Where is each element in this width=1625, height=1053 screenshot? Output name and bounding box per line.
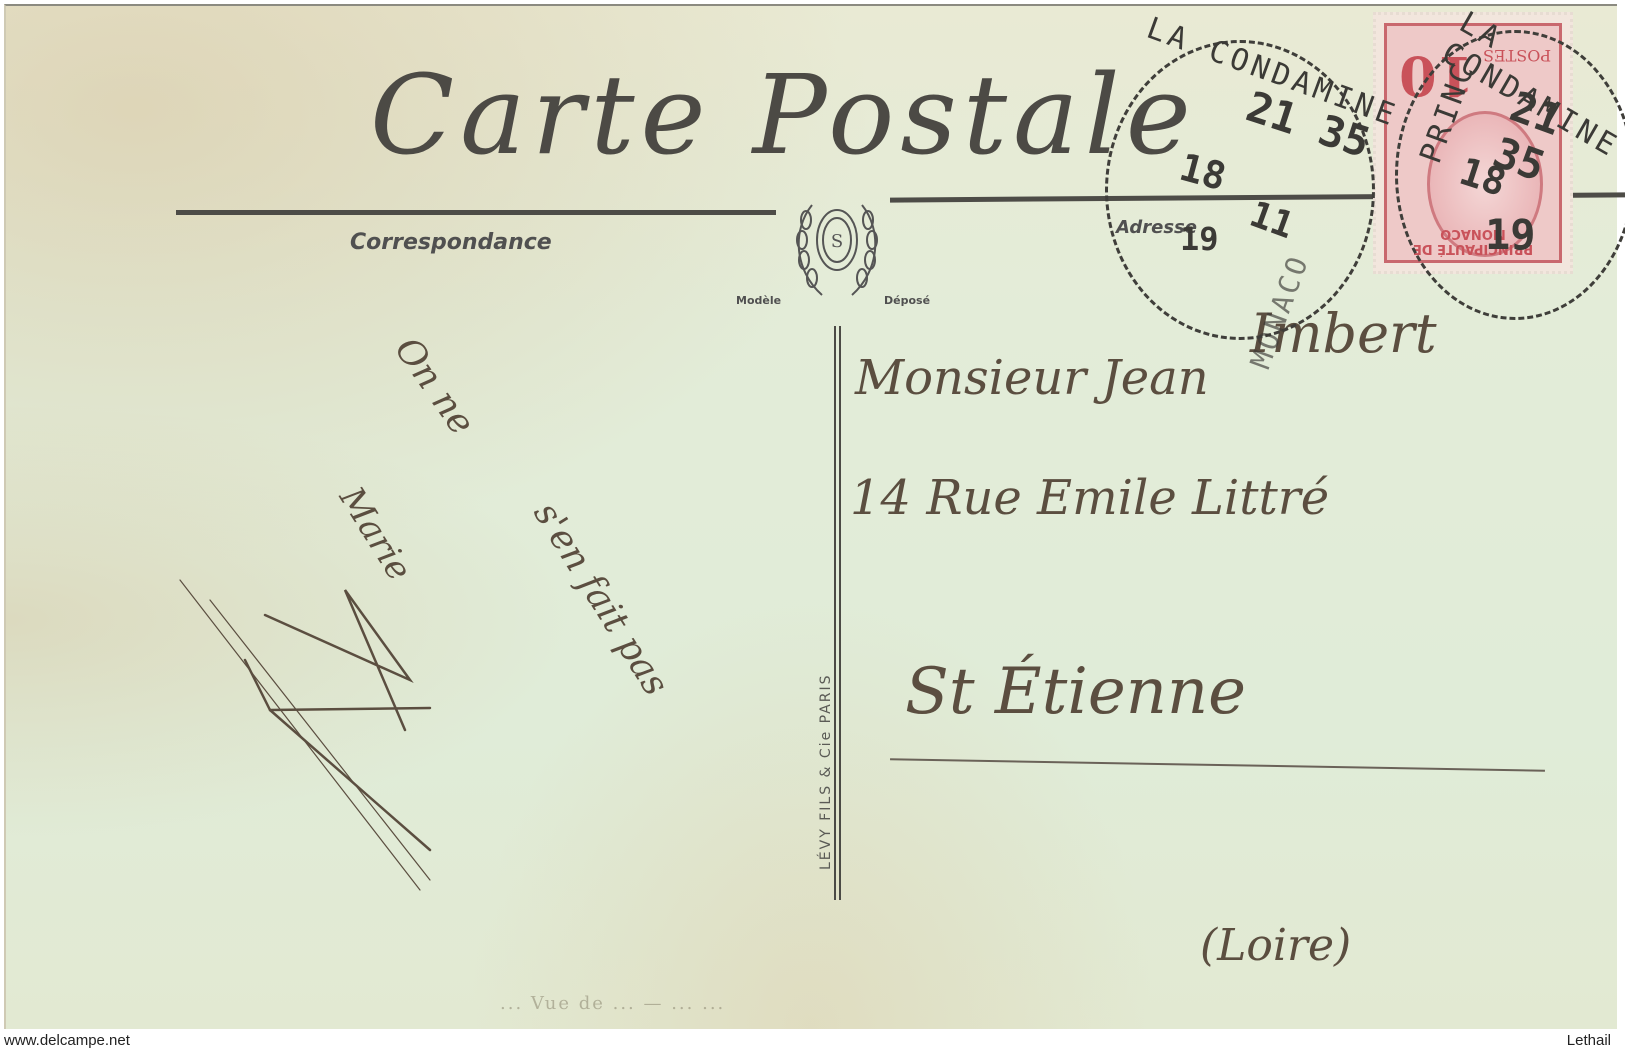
seller-name: Lethail [1567, 1032, 1611, 1049]
publisher-logo-icon: S [782, 200, 892, 300]
source-watermark: www.delcampe.net [4, 1032, 130, 1049]
postmark-right-year: 19 [1485, 210, 1536, 259]
recipient-department: (Loire) [1200, 920, 1351, 971]
printer-imprint: LÉVY FILS & Cie PARIS [818, 673, 834, 870]
correspondance-label: Correspondance [350, 230, 552, 255]
center-divider [834, 326, 841, 900]
faded-view-caption: ... Vue de ... — ... ... [500, 993, 725, 1014]
recipient-city: St Étienne [905, 655, 1246, 729]
postmark-left-year: 19 [1180, 220, 1219, 258]
recipient-name: Monsieur Jean [855, 350, 1209, 406]
left-header-rule [176, 210, 776, 215]
postcard-title: Carte Postale [370, 60, 1197, 170]
signature-scrawl-icon [170, 560, 490, 900]
logo-initial: S [831, 231, 843, 252]
depose-caption: Déposé [884, 294, 930, 307]
recipient-street: 14 Rue Emile Littré [850, 470, 1329, 526]
modele-caption: Modèle [736, 294, 781, 307]
